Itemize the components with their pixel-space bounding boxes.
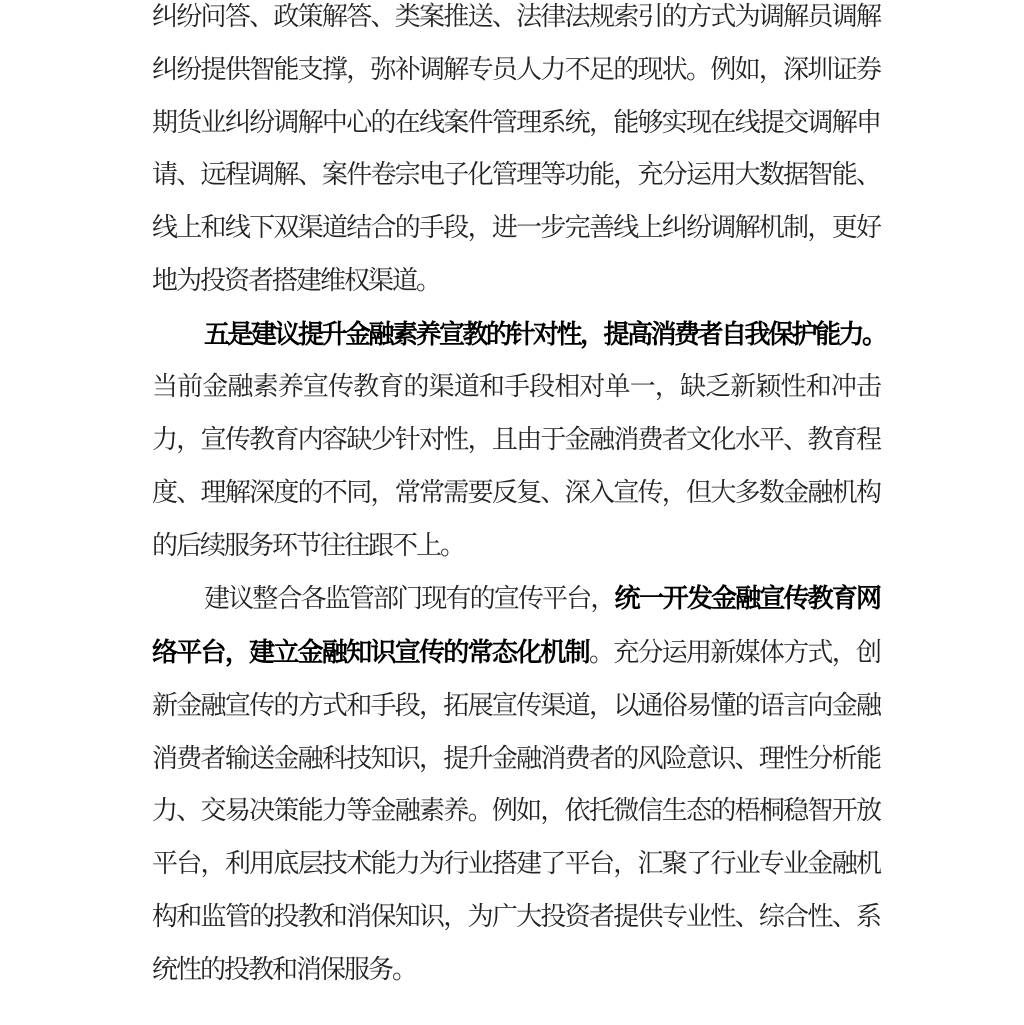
paragraph-propaganda-platform: 建议整合各监管部门现有的宣传平台，统一开发金融宣传教育网络平台，建立金融知识宣传… xyxy=(152,572,880,996)
bold-lead-heading: 五是建议提升金融素养宣教的针对性，提高消费者自我保护能力。 xyxy=(204,308,886,361)
paragraph-text: 当前金融素养宣传教育的渠道和手段相对单一，缺乏新颖性和冲击力，宣传教育内容缺少针… xyxy=(152,372,880,559)
paragraph-text: 建议整合各监管部门现有的宣传平台， xyxy=(204,584,615,613)
document-page: 纠纷问答、政策解答、类案推送、法律法规索引的方式为调解员调解纠纷提供智能支撑，弥… xyxy=(0,0,1024,1025)
document-text-column: 纠纷问答、政策解答、类案推送、法律法规索引的方式为调解员调解纠纷提供智能支撑，弥… xyxy=(152,0,880,996)
paragraph-online-mediation: 纠纷问答、政策解答、类案推送、法律法规索引的方式为调解员调解纠纷提供智能支撑，弥… xyxy=(152,0,880,308)
paragraph-suggestion-five: 五是建议提升金融素养宣教的针对性，提高消费者自我保护能力。当前金融素养宣传教育的… xyxy=(152,308,880,573)
paragraph-text: 纠纷问答、政策解答、类案推送、法律法规索引的方式为调解员调解纠纷提供智能支撑，弥… xyxy=(152,2,880,295)
paragraph-text: 。充分运用新媒体方式，创新金融宣传的方式和手段，拓展宣传渠道，以通俗易懂的语言向… xyxy=(152,638,880,984)
